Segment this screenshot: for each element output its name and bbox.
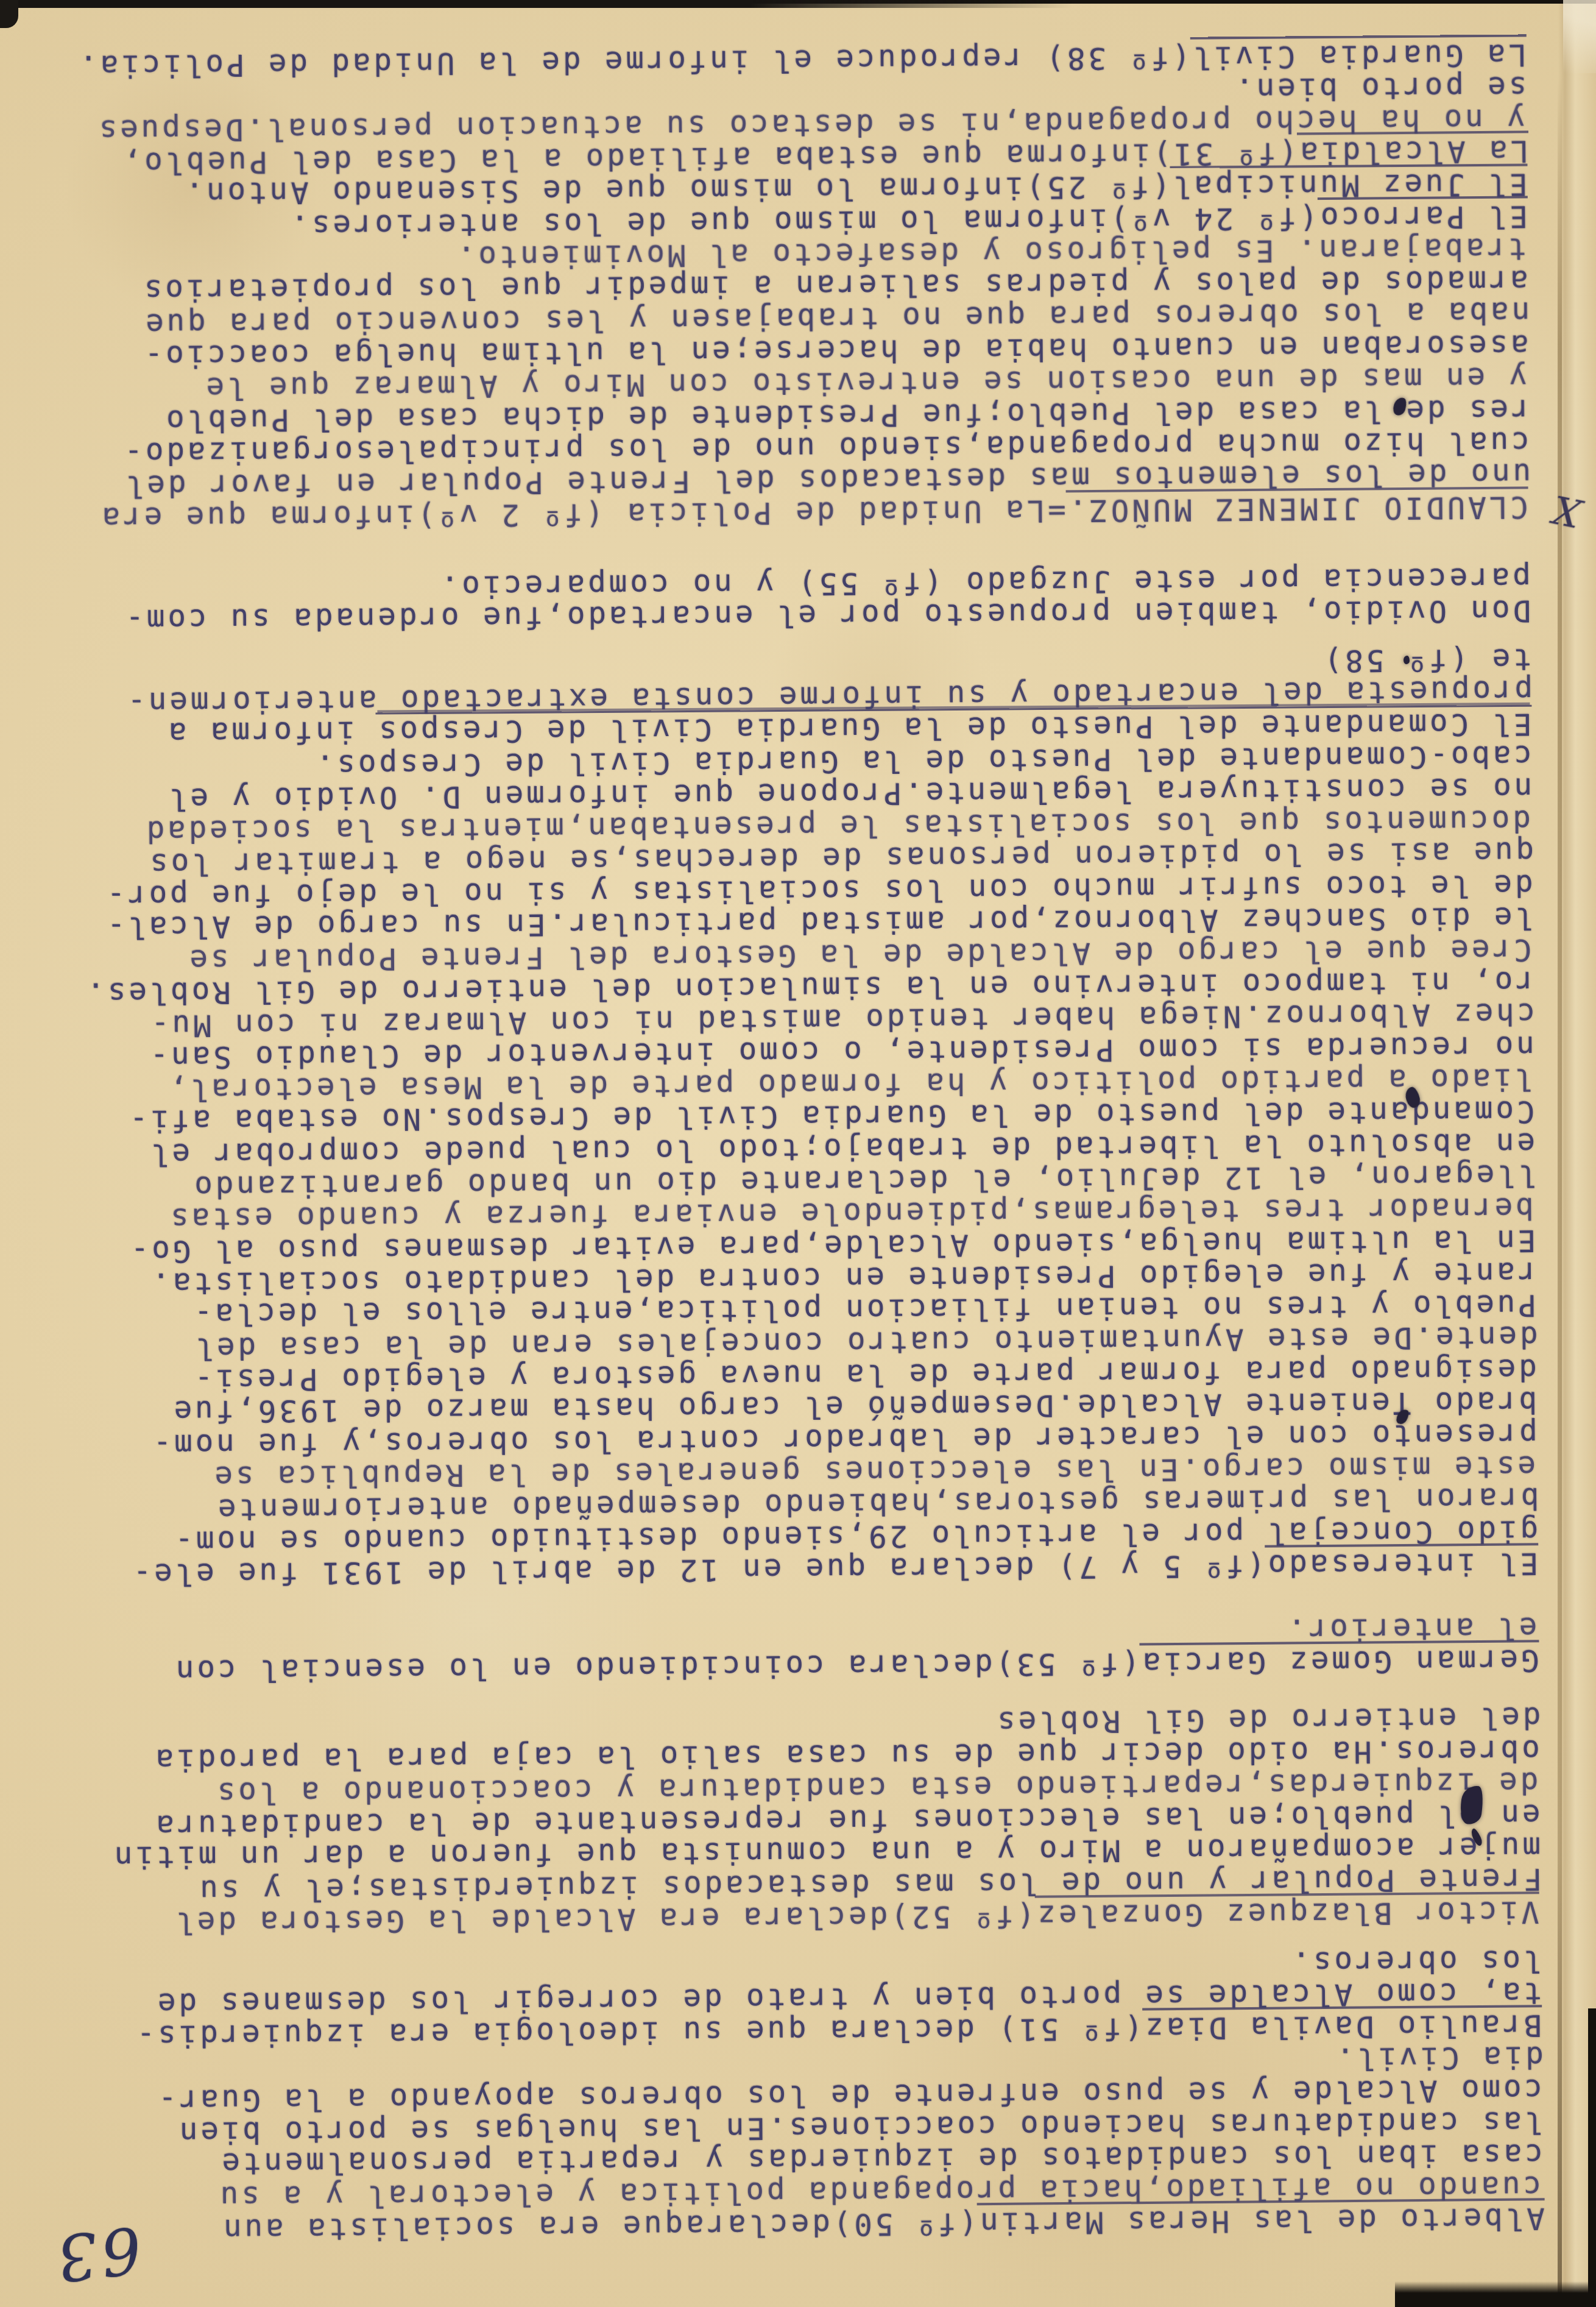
page-number: 63 xyxy=(49,2212,146,2297)
rotated-document: Alberto de las Heras Martin(fº 50)declar… xyxy=(0,4,1596,2307)
scanner-edge-bottom xyxy=(1395,2281,1596,2307)
paper-corner-highlight xyxy=(1563,0,1596,73)
scanner-edge-right xyxy=(1588,2008,1596,2307)
margin-x-mark: X xyxy=(1550,492,1583,529)
typewritten-text-block: Alberto de las Heras Martin(fº 50)declar… xyxy=(28,38,1544,2247)
ink-blot xyxy=(1404,656,1410,664)
underlined-name: La Guardia Civil xyxy=(1190,34,1527,74)
scanned-page: Alberto de las Heras Martin(fº 50)declar… xyxy=(0,0,1596,2307)
paper-sheet: Alberto de las Heras Martin(fº 50)declar… xyxy=(0,4,1596,2307)
scanner-edge-top xyxy=(0,0,1072,8)
